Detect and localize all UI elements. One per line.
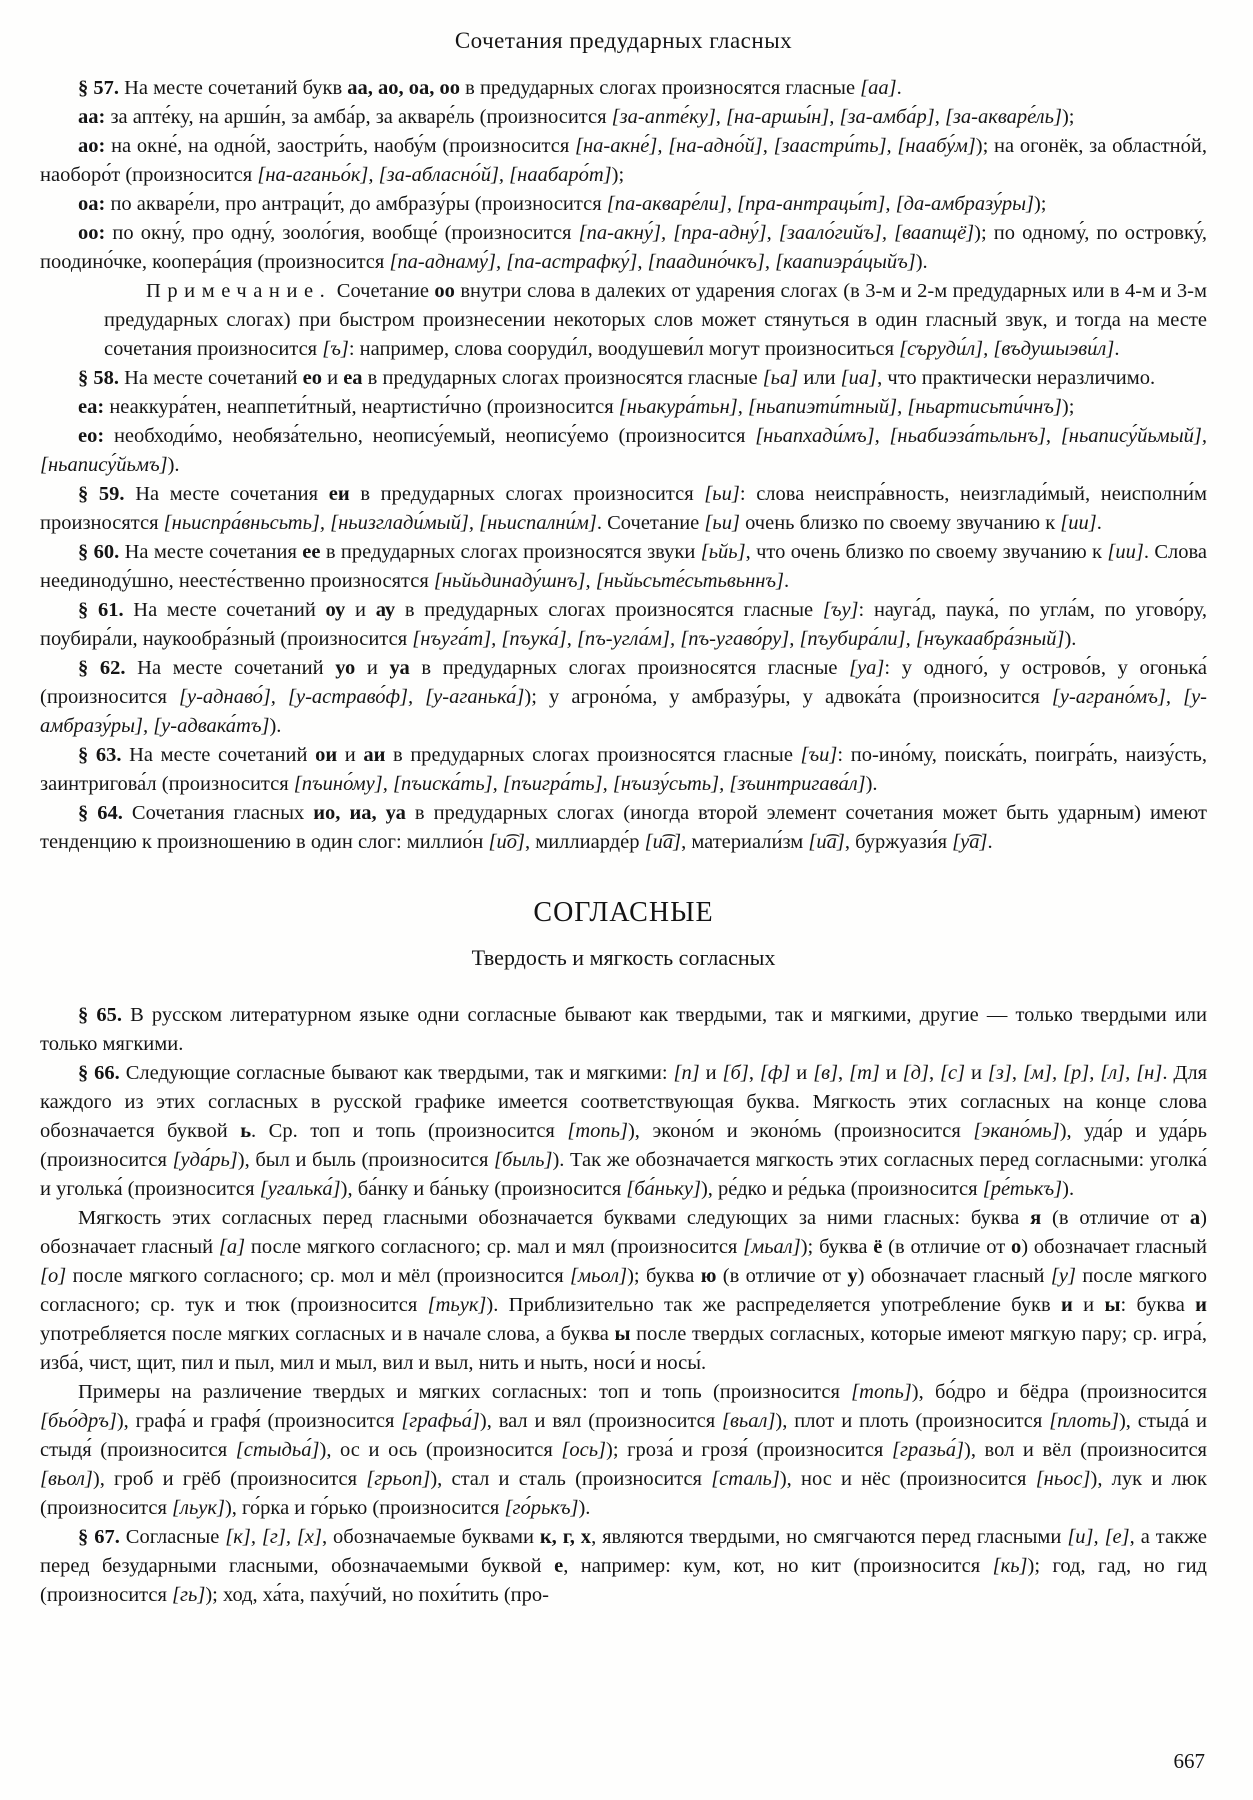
text-run: [съруди́л], [въдушыэви́л] [899,338,1114,360]
text-run: [ъ] [322,338,349,360]
text-run: [нъуга́т], [пъука́], [пъ-угла́м], [пъ-уг… [412,628,1064,650]
para-examples-hard-soft: Примеры на различение твердых и мягких с… [40,1378,1207,1523]
text-run: ), ос и ось (произносится [320,1439,562,1461]
text-run: и [880,1062,903,1084]
text-run: [аа] [860,77,896,99]
text-run: [бьо́дръ] [40,1410,117,1432]
text-run: , материали́зм [681,831,808,853]
text-run: ), ба́нку и ба́ньку (произносится [341,1178,627,1200]
para-58: § 58. На месте сочетаний ео и еа в преду… [40,364,1207,393]
text-run: очень близко по своему звучанию к [740,512,1060,534]
text-run: ), ре́дко и ре́дька (произносится [701,1178,983,1200]
text-run: На месте сочетаний [119,367,303,389]
text-run: ), эконо́м и эконо́мь (произносится [628,1120,973,1142]
text-run: , [929,1062,940,1084]
text-run: ио, иа, уа [313,802,406,824]
text-run: в предударных слогах произносятся гласны… [363,367,763,389]
para-63: § 63. На месте сочетаний ои и аи в преду… [40,741,1207,799]
text-run: ао: [78,135,105,157]
text-run: ), графа́ и графя́ (произносится [117,1410,401,1432]
text-run: и [965,1062,988,1084]
text-run: На месте сочетания [125,483,329,505]
text-run: еа: [78,396,104,418]
text-run: ). [168,454,180,476]
text-run: Твердость и мягкость согласных [472,945,776,970]
text-run: за апте́ку, на арши́н, за амба́р, за акв… [105,106,611,128]
text-run: [а] [219,1236,245,1258]
text-run: ), бо́дро и бёдра (произносится [912,1381,1207,1403]
text-run: . Ср. топ и топь (произносится [251,1120,567,1142]
text-run: [мьол] [570,1265,627,1287]
para-61: § 61. На месте сочетаний оу и ау в преду… [40,596,1207,654]
text-run: ее [302,541,320,563]
text-run: ео: [78,425,104,447]
text-run: [и͡о] [489,831,525,853]
heading-vowel-combinations: Сочетания предударных гласных [40,28,1207,54]
text-run: и [1073,1294,1105,1316]
text-run: ы [1104,1294,1120,1316]
text-run: и [1195,1294,1207,1316]
text-run: ), вол и вёл (произносится [964,1439,1207,1461]
text-run: ), го́рка и го́рько (произносится [225,1497,505,1519]
text-run: ео [303,367,322,389]
text-run: На месте сочетаний букв [119,77,347,99]
text-run: [па-акну́], [пра-адну́], [заало́гийъ], [… [579,222,975,244]
text-run: . [784,570,789,592]
text-run: [стыдьа́] [236,1439,320,1461]
text-run: после мягкого согласного; ср. мал и мял … [245,1236,743,1258]
text-run: по окну́, про одну́, зооло́гия, вообще́ … [105,222,578,244]
text-run: : например, слова сооруди́л, воодушеви́л… [349,338,899,360]
text-run: по акваре́ли, про антраци́т, до амбразу́… [105,193,606,215]
text-run: ). [1062,1178,1074,1200]
text-run: [ьи] [704,512,740,534]
text-run: (в отличие от [882,1236,1011,1258]
text-run: [льук] [172,1497,225,1519]
text-run: В русском литературном языке одни соглас… [40,1004,1207,1055]
text-run: , являются твердыми, но смягчаются перед… [591,1526,1067,1548]
text-run: [экано́мь] [973,1120,1059,1142]
para-oo: оо: по окну́, про одну́, зооло́гия, вооб… [40,219,1207,277]
text-run: , миллиарде́р [525,831,645,853]
text-run: уо [335,657,355,679]
text-run: в предударных слогах произносятся гласны… [385,744,800,766]
text-run: § 58. [78,367,119,389]
text-run: [уа] [849,657,884,679]
text-run: На месте сочетаний [126,657,336,679]
text-run: аи [363,744,385,766]
heading-consonants: СОГЛАСНЫЕ [40,897,1207,929]
text-run: [ре́тькъ] [983,1178,1062,1200]
text-run: , обозначаемые буквами [322,1526,540,1548]
text-run: [го́рькъ] [504,1497,578,1519]
para-aa: аа: за апте́ку, на арши́н, за амба́р, за… [40,103,1207,132]
text-run: . Сочетание [597,512,705,534]
text-run: ); буква [627,1265,701,1287]
text-run: [с] [940,1062,965,1084]
para-67: § 67. Согласные [к], [г], [х], обозначае… [40,1523,1207,1610]
text-run: § 60. [78,541,119,563]
text-run: необходи́мо, необяза́тельно, неопису́емы… [104,425,755,447]
text-run: [кь] [993,1555,1028,1577]
para-57: § 57. На месте сочетаний букв аа, ао, оа… [40,74,1207,103]
text-run: ). [578,1497,590,1519]
text-run: . [1097,512,1102,534]
text-run: Сочетания гласных [123,802,313,824]
text-run: [т] [849,1062,880,1084]
text-run: и [700,1062,723,1084]
page-number: 667 [1174,1749,1206,1774]
text-run: оа: [78,193,105,215]
text-run: аа: [78,106,105,128]
text-run: ю [701,1265,717,1287]
text-run: [в] [813,1062,838,1084]
text-run: оу [326,599,346,621]
text-run: ау [376,599,395,621]
text-run: [угалька́] [260,1178,341,1200]
text-run: ), был и быль (произносится [238,1149,494,1171]
text-run: е [554,1555,563,1577]
text-run: ); [1062,106,1075,128]
text-run: неаккура́тен, неаппети́тный, неартисти́ч… [104,396,619,418]
text-run: или [798,367,840,389]
text-run: ё [873,1236,882,1258]
text-run: ), нос и нёс (произносится [780,1468,1036,1490]
text-run: , например: кум, кот, но кит (произносит… [563,1555,992,1577]
text-run: в предударных слогах произносятся гласны… [460,77,860,99]
text-run: я [1030,1207,1041,1229]
text-run: [гразьа́] [892,1439,964,1461]
text-run: (в отличие от [716,1265,847,1287]
text-run: [тьук] [428,1294,487,1316]
text-run: ); гроза́ и грозя́ (произносится [606,1439,892,1461]
text-run: § 64. [78,802,123,824]
text-run: ), стал и сталь (произносится [430,1468,711,1490]
text-run: [сталь] [711,1468,780,1490]
text-run: а [1190,1207,1200,1229]
document-body: Сочетания предударных гласных§ 57. На ме… [40,28,1207,1610]
text-run: ); буква [801,1236,874,1258]
text-run: , [838,1062,849,1084]
text-run: и [355,657,389,679]
heading-hardness-softness: Твердость и мягкость согласных [40,945,1207,971]
text-run: . [1114,338,1119,360]
text-run: в предударных слогах произносятся гласны… [410,657,849,679]
text-run: § 63. [78,744,122,766]
text-run: ). [866,773,878,795]
text-run: [ньйьдинаду́шнъ], [ньйьсьте́сьтьвьннъ] [434,570,784,592]
text-run: [ось] [561,1439,606,1461]
text-run: ). Приблизительно так же распределяется … [486,1294,1061,1316]
text-run: после мягкого согласного; ср. мол и мёл … [66,1265,570,1287]
text-run: [ьи] [704,483,740,505]
text-run: на окне́, на одно́й, заостри́ть, наобу́м… [105,135,575,157]
text-run: [м], [р], [л], [н] [1023,1062,1162,1084]
text-run: ) обозначает гласный [1021,1236,1207,1258]
text-run: еи [329,483,350,505]
text-run: Согласные [120,1526,225,1548]
para-eo: ео: необходи́мо, необяза́тельно, неопису… [40,422,1207,480]
text-run: , [749,1062,760,1084]
text-run: ); [612,164,625,186]
para-65: § 65. В русском литературном языке одни … [40,1001,1207,1059]
text-run: , что очень близко по своему звучанию к [746,541,1108,563]
text-run: , буржуази́я [845,831,952,853]
text-run: [топь] [567,1120,628,1142]
text-run: § 62. [78,657,126,679]
text-run: [за-апте́ку], [на-аршы́н], [за-амба́р], … [612,106,1062,128]
para-ea: еа: неаккура́тен, неаппети́тный, неартис… [40,393,1207,422]
text-run: [б] [723,1062,749,1084]
text-run: , что практически неразличимо. [877,367,1155,389]
para-softness-before-vowels: Мягкость этих согласных перед гласными о… [40,1204,1207,1378]
text-run: Примеры на различение твердых и мягких с… [78,1381,851,1403]
text-run: ь [240,1120,251,1142]
text-run: [ьа] [763,367,799,389]
text-run: [и], [е] [1067,1526,1129,1548]
text-run: о [1011,1236,1021,1258]
text-run: [о] [40,1265,66,1287]
text-run: ); [1062,396,1075,418]
text-run: [и͡а] [808,831,844,853]
text-run: ои [315,744,337,766]
text-run: Сочетания предударных гласных [455,28,792,53]
text-run: [ба́ньку] [626,1178,701,1200]
text-run: [и͡а] [645,831,681,853]
text-run: оо [434,280,455,302]
text-run: ы [615,1323,631,1345]
text-run: § 57. [78,77,119,99]
text-run: [ньакура́тьн], [ньапиэти́тный], [ньартис… [619,396,1062,418]
text-run: [плоть] [1049,1410,1119,1432]
text-run: [быль] [494,1149,552,1171]
text-run: , [1012,1062,1023,1084]
text-run: в предударных слогах произносится [350,483,705,505]
text-run: [у] [1051,1265,1076,1287]
text-run: § 67. [78,1526,120,1548]
text-run: [вьол] [40,1468,93,1490]
text-run: [ъу] [823,599,859,621]
para-oa: оа: по акваре́ли, про антраци́т, до амбр… [40,190,1207,219]
book-page: Сочетания предударных гласных§ 57. На ме… [0,0,1253,1800]
text-run: (в отличие от [1041,1207,1190,1229]
text-run: [топь] [851,1381,912,1403]
text-run: Примечание. [146,280,331,302]
text-run: аа, ао, оа, оо [347,77,460,99]
text-run: [д] [903,1062,929,1084]
text-run: [ньос] [1036,1468,1091,1490]
text-run: На месте сочетаний [124,599,326,621]
text-run: ); у агроно́ма, у амбразу́ры, у адвока́т… [524,686,1052,708]
text-run: § 61. [78,599,124,621]
text-run: и [1061,1294,1073,1316]
text-run: к, г, х [540,1526,591,1548]
text-run: ), гроб и грёб (произносится [93,1468,366,1490]
text-run: и [345,599,375,621]
text-run: [па-акваре́ли], [пра-антрацы́т], [да-амб… [607,193,1034,215]
text-run: На месте сочетаний [122,744,316,766]
text-run: [п] [674,1062,700,1084]
text-run: ), вал и вял (произносится [480,1410,722,1432]
text-run: : буква [1120,1294,1195,1316]
text-run: ), плот и плоть (произносится [775,1410,1049,1432]
text-run: . [987,831,992,853]
para-59: § 59. На месте сочетания еи в предударны… [40,480,1207,538]
text-run: [ф] [760,1062,791,1084]
text-run: оо: [78,222,105,244]
text-run: ). [916,251,928,273]
text-run: и [790,1062,813,1084]
text-run: [гь] [172,1584,205,1606]
text-run: [ии] [1107,541,1143,563]
para-62: § 62. На месте сочетаний уо и уа в преду… [40,654,1207,741]
text-run: [мьал] [743,1236,801,1258]
text-run: ); [1034,193,1047,215]
text-run: еа [343,367,362,389]
text-run: и [322,367,343,389]
text-run: [вьал] [722,1410,775,1432]
text-run: [графьа́] [401,1410,480,1432]
text-run: [на-акне́], [на-адно́й], [заастри́ть], [… [575,135,976,157]
text-run: ). [1064,628,1076,650]
text-run: [па-аднаму́], [па-астрафку́], [паадино́ч… [389,251,915,273]
para-66: § 66. Следующие согласные бывают как тве… [40,1059,1207,1204]
note-oo: Примечание. Сочетание оо внутри слова в … [104,277,1207,364]
text-run: ) обозначает гласный [858,1265,1051,1287]
text-run: и [337,744,363,766]
text-run: в предударных слогах произносятся гласны… [395,599,823,621]
text-run: СОГЛАСНЫЕ [533,897,713,928]
text-run: употребляется после мягких согласных и в… [40,1323,615,1345]
text-run: [з] [988,1062,1012,1084]
text-run: § 65. [78,1004,122,1026]
text-run: [ньиспра́вньсьть], [ньизглади́мый], [ньи… [164,512,597,534]
text-run: [грьоп] [366,1468,430,1490]
text-run: уа [390,657,410,679]
text-run: [на-аганьо́к], [за-абласно́й], [наабаро́… [257,164,611,186]
text-run: у [847,1265,857,1287]
text-run: [у-аднаво́], [у-астраво́ф], [у-аганька́] [179,686,524,708]
text-run: [ъи] [801,744,838,766]
text-run: [к], [г], [х] [225,1526,322,1548]
text-run: [уда́рь] [173,1149,238,1171]
text-run: [ии] [1060,512,1096,534]
text-run: Мягкость этих согласных перед гласными о… [78,1207,1030,1229]
text-run: § 66. [78,1062,120,1084]
text-run: [у͡а] [952,831,987,853]
text-run: [пъино́му], [пъиска́ть], [пъигра́ть], [н… [294,773,866,795]
para-60: § 60. На месте сочетания ее в предударны… [40,538,1207,596]
text-run: Сочетание [331,280,434,302]
text-run: . [897,77,902,99]
para-ao: ао: на окне́, на одно́й, заостри́ть, нао… [40,132,1207,190]
text-run: [иа] [841,367,877,389]
text-run: в предударных слогах произносятся звуки [320,541,700,563]
para-64: § 64. Сочетания гласных ио, иа, уа в пре… [40,799,1207,857]
text-run: ); ход, ха́та, паху́чий, но похи́тить (п… [205,1584,549,1606]
text-run: [ьйь] [701,541,746,563]
text-run: ). [269,715,281,737]
text-run: § 59. [78,483,125,505]
text-run: Следующие согласные бывают как твердыми,… [120,1062,674,1084]
text-run: На месте сочетания [119,541,302,563]
